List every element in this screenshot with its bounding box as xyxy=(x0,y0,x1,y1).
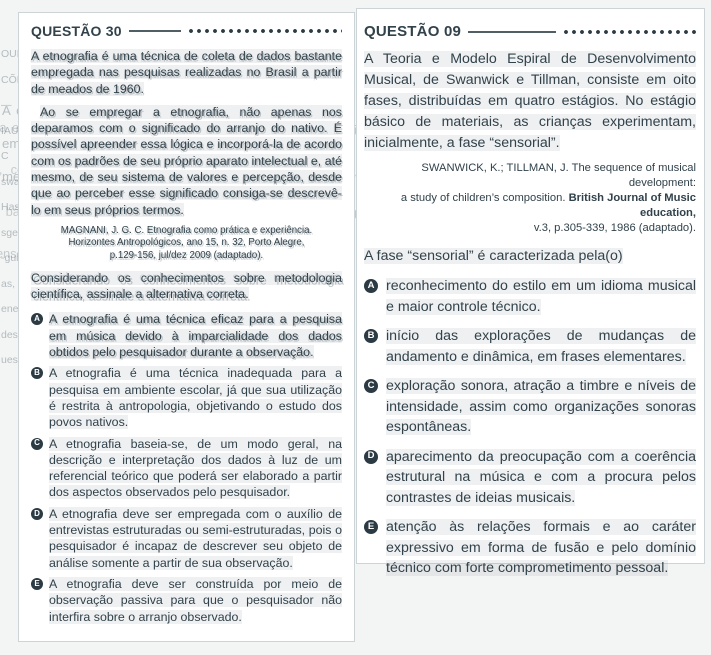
paragraph-text: A etnografia é uma técnica de coleta de … xyxy=(31,49,342,96)
citation-text: a study of children’s composition. xyxy=(401,192,569,204)
scanned-exam-page: A etnografia é uma técnica de coleta de … xyxy=(0,0,711,655)
option-text: A etnografia baseia-se, de um modo geral… xyxy=(49,436,342,501)
question-paragraph: A etnografia é uma técnica de coleta de … xyxy=(31,48,342,97)
option-letter-badge: D xyxy=(364,450,378,464)
answer-option-d[interactable]: D A etnografia deve ser empregada com o … xyxy=(31,506,342,571)
option-letter-badge: A xyxy=(364,279,378,293)
citation-line: v.3, p.305-339, 1986 (adaptado). xyxy=(364,221,696,236)
option-text: A etnografia é uma técnica eficaz para a… xyxy=(49,311,342,360)
option-text-inner: A etnografia deve ser construída por mei… xyxy=(49,577,342,624)
option-text-inner: A etnografia é uma técnica eficaz para a… xyxy=(49,312,342,359)
option-letter-badge: A xyxy=(31,313,43,325)
option-text-inner: reconhecimento do estilo em um idioma mu… xyxy=(386,278,696,315)
paragraph-text: A Teoria e Modelo Espiral de Desenvolvim… xyxy=(364,51,696,151)
question-30-header: QUESTÃO 30 xyxy=(31,23,342,39)
question-09-panel: QUESTÃO 09 A Teoria e Modelo Espiral de … xyxy=(356,8,705,564)
question-stem: Considerando os conhecimentos sobre meto… xyxy=(31,270,342,303)
answer-option-e[interactable]: E atenção às relações formais e ao carát… xyxy=(364,517,696,579)
option-letter-badge: B xyxy=(364,329,378,343)
answer-option-a[interactable]: A A etnografia é uma técnica eficaz para… xyxy=(31,311,342,360)
citation-line: Horizontes Antropológicos, ano 15, n. 32… xyxy=(31,237,342,249)
option-text-inner: atenção às relações formais e ao caráter… xyxy=(386,519,696,576)
option-letter-badge: E xyxy=(31,578,43,590)
paragraph-text: Ao se empregar a etnografia, não apenas … xyxy=(31,105,342,217)
citation-line: a study of children’s composition. Briti… xyxy=(364,191,696,221)
option-text: início das explorações de mudanças de an… xyxy=(386,326,696,367)
question-quote: Ao se empregar a etnografia, não apenas … xyxy=(31,104,342,218)
header-rule xyxy=(129,30,181,32)
citation-line: p.129-156, jul/dez 2009 (adaptado). xyxy=(31,250,342,262)
option-text-inner: início das explorações de mudanças de an… xyxy=(386,328,696,365)
option-letter-badge: D xyxy=(31,508,43,520)
answer-option-e[interactable]: E A etnografia deve ser construída por m… xyxy=(31,576,342,625)
citation-line: MAGNANI, J. G. C. Etnografia como prátic… xyxy=(31,225,342,237)
header-dots xyxy=(188,28,342,34)
option-letter-badge: C xyxy=(31,438,43,450)
header-dots xyxy=(563,29,696,35)
answer-option-b[interactable]: B início das explorações de mudanças de … xyxy=(364,326,696,367)
answer-option-d[interactable]: D aparecimento da preocupação com a coer… xyxy=(364,447,696,509)
citation-line: SWANWICK, K.; TILLMAN, J. The sequence o… xyxy=(364,161,696,191)
answer-option-a[interactable]: A reconhecimento do estilo em um idioma … xyxy=(364,276,696,317)
question-paragraph: A Teoria e Modelo Espiral de Desenvolvim… xyxy=(364,49,696,154)
option-text: aparecimento da preocupação com a coerên… xyxy=(386,447,696,509)
option-text-inner: A etnografia é uma técnica inadequada pa… xyxy=(49,366,342,429)
stem-text: Considerando os conhecimentos sobre meto… xyxy=(31,271,342,301)
option-text-inner: aparecimento da preocupação com a coerên… xyxy=(386,449,696,506)
option-text-inner: A etnografia deve ser empregada com o au… xyxy=(49,507,342,570)
option-letter-badge: E xyxy=(364,520,378,534)
option-text: A etnografia é uma técnica inadequada pa… xyxy=(49,365,342,430)
option-text-inner: exploração sonora, atração a timbre e ní… xyxy=(386,378,696,435)
question-stem: A fase “sensorial” é caracterizada pela(… xyxy=(364,246,696,267)
option-letter-badge: B xyxy=(31,367,43,379)
question-number: QUESTÃO 30 xyxy=(31,23,122,39)
answer-option-c[interactable]: C A etnografia baseia-se, de um modo ger… xyxy=(31,436,342,501)
header-rule xyxy=(468,31,556,33)
answer-option-b[interactable]: B A etnografia é uma técnica inadequada … xyxy=(31,365,342,430)
answer-option-c[interactable]: C exploração sonora, atração a timbre e … xyxy=(364,376,696,438)
option-text: reconhecimento do estilo em um idioma mu… xyxy=(386,276,696,317)
source-citation: MAGNANI, J. G. C. Etnografia como prátic… xyxy=(31,225,342,262)
stem-text: A fase “sensorial” é caracterizada pela(… xyxy=(364,248,623,264)
question-30-panel: QUESTÃO 30 A etnografia é uma técnica de… xyxy=(18,12,355,642)
option-letter-badge: C xyxy=(364,379,378,393)
option-text: atenção às relações formais e ao caráter… xyxy=(386,517,696,579)
citation-journal: British Journal of Music education, xyxy=(569,192,696,219)
option-text: A etnografia deve ser construída por mei… xyxy=(49,576,342,625)
option-text: exploração sonora, atração a timbre e ní… xyxy=(386,376,696,438)
question-number: QUESTÃO 09 xyxy=(364,23,461,40)
source-citation: SWANWICK, K.; TILLMAN, J. The sequence o… xyxy=(364,161,696,236)
question-09-header: QUESTÃO 09 xyxy=(364,23,696,40)
option-text: A etnografia deve ser empregada com o au… xyxy=(49,506,342,571)
option-text-inner: A etnografia baseia-se, de um modo geral… xyxy=(49,437,342,500)
